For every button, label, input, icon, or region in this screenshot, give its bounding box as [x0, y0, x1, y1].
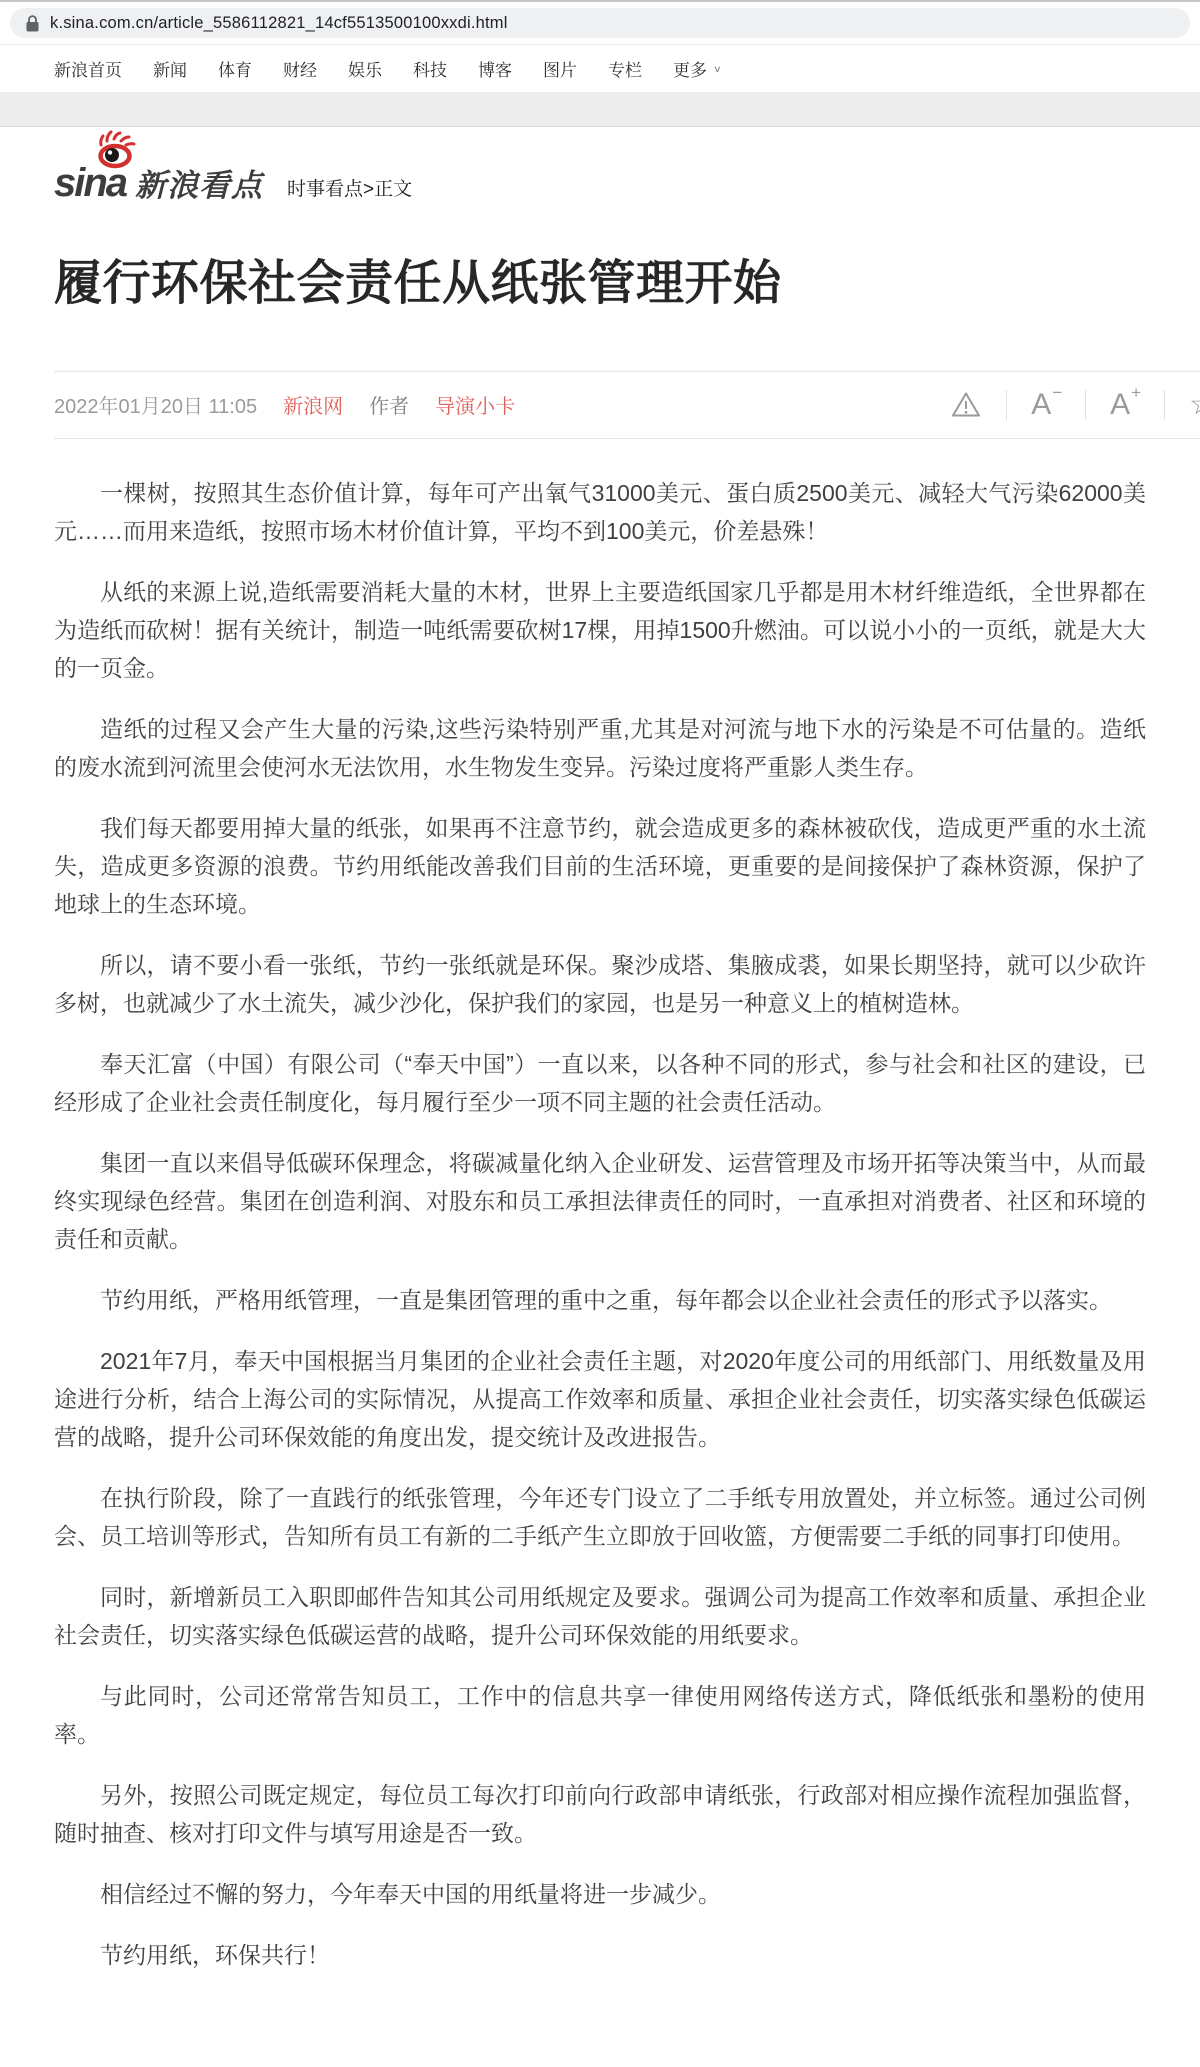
paragraph: 集团一直以来倡导低碳环保理念，将碳减量化纳入企业研发、运营管理及市场开拓等决策当…: [54, 1144, 1146, 1258]
paragraph: 奉天汇富（中国）有限公司（“奉天中国”）一直以来，以各种不同的形式，参与社会和社…: [54, 1045, 1146, 1121]
paragraph: 从纸的来源上说,造纸需要消耗大量的木材，世界上主要造纸国家几乎都是用木材纤维造纸…: [54, 573, 1146, 687]
toolbar-divider: [1164, 390, 1165, 420]
minus-sign: −: [1052, 384, 1062, 401]
favorite-star-icon[interactable]: ☆: [1189, 390, 1200, 420]
nav-item-entertainment[interactable]: 娱乐: [348, 56, 382, 81]
article-meta: 2022年01月20日 11:05 新浪网 作者 导演小卡: [54, 390, 515, 419]
nav-item-more[interactable]: 更多 ∨: [673, 56, 722, 81]
nav-item-news[interactable]: 新闻: [153, 56, 187, 81]
article-toolbar: A− A+ ☆: [950, 390, 1200, 420]
nav-item-blog[interactable]: 博客: [478, 56, 512, 81]
sina-kandian-logotype: 新浪看点: [135, 160, 263, 205]
article-title: 履行环保社会责任从纸张管理开始: [54, 257, 1146, 311]
article-meta-bar: 2022年01月20日 11:05 新浪网 作者 导演小卡 A− A+ ☆: [54, 371, 1200, 439]
nav-item-column[interactable]: 专栏: [608, 56, 642, 81]
page-content: sina 新浪看点 时事看点>正文 履行环保社会责任从纸张管理开始 2022年0…: [0, 127, 1200, 2027]
site-nav: 新浪首页 新闻 体育 财经 娱乐 科技 博客 图片 专栏 更多 ∨: [0, 45, 1200, 92]
nav-item-sports[interactable]: 体育: [218, 56, 252, 81]
publish-date: 2022年01月20日 11:05: [54, 390, 257, 419]
paragraph: 在执行阶段，除了一直践行的纸张管理，今年还专门设立了二手纸专用放置处，并立标签。…: [54, 1479, 1146, 1555]
nav-item-finance[interactable]: 财经: [283, 56, 317, 81]
url-field[interactable]: k.sina.com.cn/article_5586112821_14cf551…: [10, 8, 1190, 38]
article-body: 一棵树，按照其生态价值计算，每年可产出氧气31000美元、蛋白质2500美元、减…: [54, 439, 1146, 2027]
url-text: k.sina.com.cn/article_5586112821_14cf551…: [50, 14, 508, 33]
paragraph: 与此同时，公司还常常告知员工，工作中的信息共享一律使用网络传送方式，降低纸张和墨…: [54, 1677, 1146, 1753]
font-decrease-button[interactable]: A−: [1031, 390, 1061, 420]
paragraph: 我们每天都要用掉大量的纸张，如果再不注意节约，就会造成更多的森林被砍伐，造成更严…: [54, 809, 1146, 923]
paragraph: 相信经过不懈的努力，今年奉天中国的用纸量将进一步减少。: [54, 1875, 1146, 1913]
lock-icon: [26, 15, 39, 32]
paragraph: 同时，新增新员工入职即邮件告知其公司用纸规定及要求。强调公司为提高工作效率和质量…: [54, 1578, 1146, 1654]
sina-logo[interactable]: sina 新浪看点: [54, 134, 263, 205]
font-increase-button[interactable]: A+: [1110, 390, 1140, 420]
plus-sign: +: [1131, 384, 1141, 401]
sina-eye-icon: [90, 130, 138, 172]
report-warning-icon[interactable]: [950, 390, 982, 419]
more-label: 更多: [673, 56, 707, 81]
paragraph: 造纸的过程又会产生大量的污染,这些污染特别严重,尤其是对河流与地下水的污染是不可…: [54, 710, 1146, 786]
paragraph: 一棵树，按照其生态价值计算，每年可产出氧气31000美元、蛋白质2500美元、减…: [54, 474, 1146, 550]
font-letter: A: [1110, 390, 1130, 420]
paragraph: 所以，请不要小看一张纸，节约一张纸就是环保。聚沙成塔、集腋成裘，如果长期坚持，就…: [54, 946, 1146, 1022]
author-label: 作者: [369, 390, 409, 419]
toolbar-divider: [1085, 390, 1086, 420]
paragraph: 节约用纸，严格用纸管理，一直是集团管理的重中之重，每年都会以企业社会责任的形式予…: [54, 1281, 1146, 1319]
paragraph: 节约用纸，环保共行！: [54, 1936, 1146, 1974]
breadcrumb[interactable]: 时事看点>正文: [287, 174, 412, 205]
chevron-down-icon: ∨: [713, 63, 722, 74]
paragraph: 2021年7月，奉天中国根据当月集团的企业社会责任主题，对2020年度公司的用纸…: [54, 1342, 1146, 1456]
font-letter: A: [1031, 390, 1051, 420]
source-link[interactable]: 新浪网: [283, 390, 343, 419]
paragraph: 另外，按照公司既定规定，每位员工每次打印前向行政部申请纸张，行政部对相应操作流程…: [54, 1776, 1146, 1852]
browser-url-bar: k.sina.com.cn/article_5586112821_14cf551…: [0, 2, 1200, 45]
nav-item-tech[interactable]: 科技: [413, 56, 447, 81]
nav-item-photos[interactable]: 图片: [543, 56, 577, 81]
logo-row: sina 新浪看点 时事看点>正文: [54, 127, 1146, 205]
channel-band: [0, 92, 1200, 127]
author-link[interactable]: 导演小卡: [435, 390, 515, 419]
nav-item-home[interactable]: 新浪首页: [54, 56, 122, 81]
toolbar-divider: [1006, 390, 1007, 420]
